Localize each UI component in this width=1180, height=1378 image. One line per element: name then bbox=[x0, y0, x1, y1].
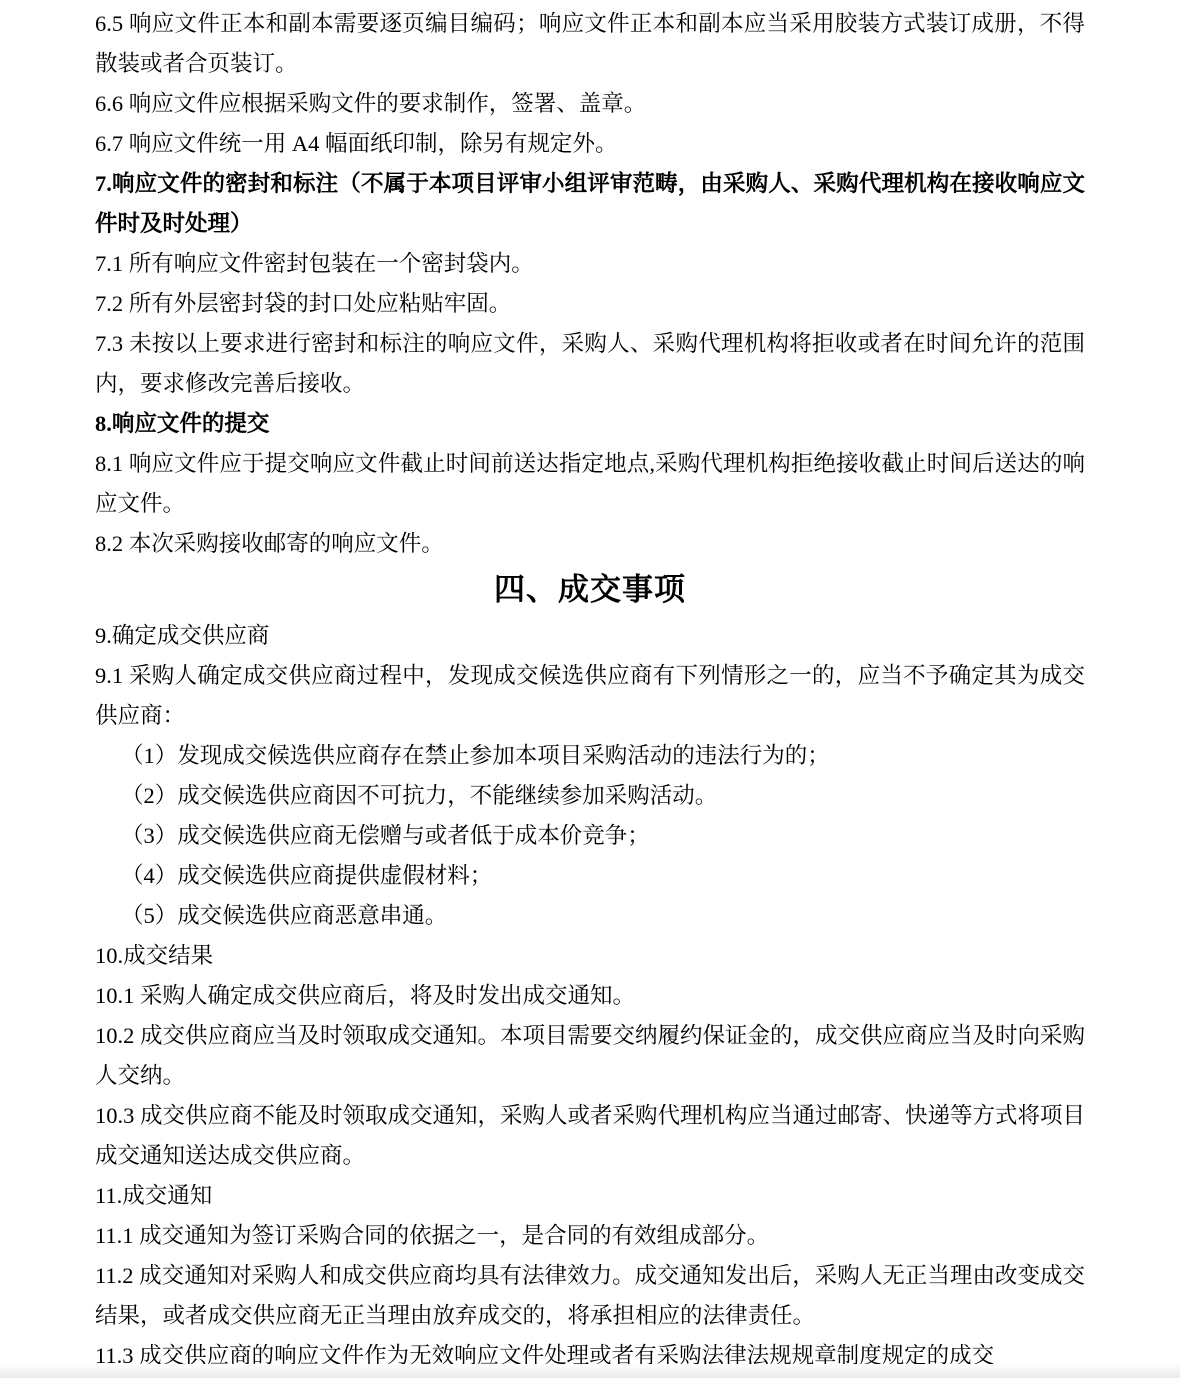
paragraph: （4）成交候选供应商提供虚假材料； bbox=[95, 856, 1085, 896]
paragraph: 11.成交通知 bbox=[95, 1176, 1085, 1216]
paragraph: 11.2 成交通知对采购人和成交供应商均具有法律效力。成交通知发出后，采购人无正… bbox=[95, 1256, 1085, 1336]
paragraph: 10.1 采购人确定成交供应商后，将及时发出成交通知。 bbox=[95, 976, 1085, 1016]
paragraph: 10.3 成交供应商不能及时领取成交通知，采购人或者采购代理机构应当通过邮寄、快… bbox=[95, 1096, 1085, 1176]
paragraph: 8.2 本次采购接收邮寄的响应文件。 bbox=[95, 524, 1085, 564]
paragraph: 7.响应文件的密封和标注（不属于本项目评审小组评审范畴，由采购人、采购代理机构在… bbox=[95, 164, 1085, 244]
paragraph: 10.2 成交供应商应当及时领取成交通知。本项目需要交纳履约保证金的，成交供应商… bbox=[95, 1016, 1085, 1096]
paragraph: 9.1 采购人确定成交供应商过程中，发现成交候选供应商有下列情形之一的，应当不予… bbox=[95, 656, 1085, 736]
paragraph: （1）发现成交候选供应商存在禁止参加本项目采购活动的违法行为的； bbox=[95, 736, 1085, 776]
paragraph: 11.1 成交通知为签订采购合同的依据之一，是合同的有效组成部分。 bbox=[95, 1216, 1085, 1256]
section-heading: 四、成交事项 bbox=[95, 564, 1085, 616]
paragraph: （2）成交候选供应商因不可抗力，不能继续参加采购活动。 bbox=[95, 776, 1085, 816]
paragraph: 8.响应文件的提交 bbox=[95, 404, 1085, 444]
paragraph: 8.1 响应文件应于提交响应文件截止时间前送达指定地点,采购代理机构拒绝接收截止… bbox=[95, 444, 1085, 524]
page-bottom-edge bbox=[0, 1364, 1180, 1378]
document-page: 6.5 响应文件正本和副本需要逐页编目编码；响应文件正本和副本应当采用胶装方式装… bbox=[0, 0, 1180, 1378]
paragraph: （3）成交候选供应商无偿赠与或者低于成本价竞争； bbox=[95, 816, 1085, 856]
paragraph: （5）成交候选供应商恶意串通。 bbox=[95, 896, 1085, 936]
paragraph: 7.3 未按以上要求进行密封和标注的响应文件，采购人、采购代理机构将拒收或者在时… bbox=[95, 324, 1085, 404]
paragraph: 7.2 所有外层密封袋的封口处应粘贴牢固。 bbox=[95, 284, 1085, 324]
paragraph: 7.1 所有响应文件密封包装在一个密封袋内。 bbox=[95, 244, 1085, 284]
paragraph: 9.确定成交供应商 bbox=[95, 616, 1085, 656]
paragraph: 10.成交结果 bbox=[95, 936, 1085, 976]
document-body: 6.5 响应文件正本和副本需要逐页编目编码；响应文件正本和副本应当采用胶装方式装… bbox=[0, 0, 1180, 1376]
paragraph: 6.6 响应文件应根据采购文件的要求制作，签署、盖章。 bbox=[95, 84, 1085, 124]
paragraph: 6.5 响应文件正本和副本需要逐页编目编码；响应文件正本和副本应当采用胶装方式装… bbox=[95, 4, 1085, 84]
paragraph: 6.7 响应文件统一用 A4 幅面纸印制，除另有规定外。 bbox=[95, 124, 1085, 164]
